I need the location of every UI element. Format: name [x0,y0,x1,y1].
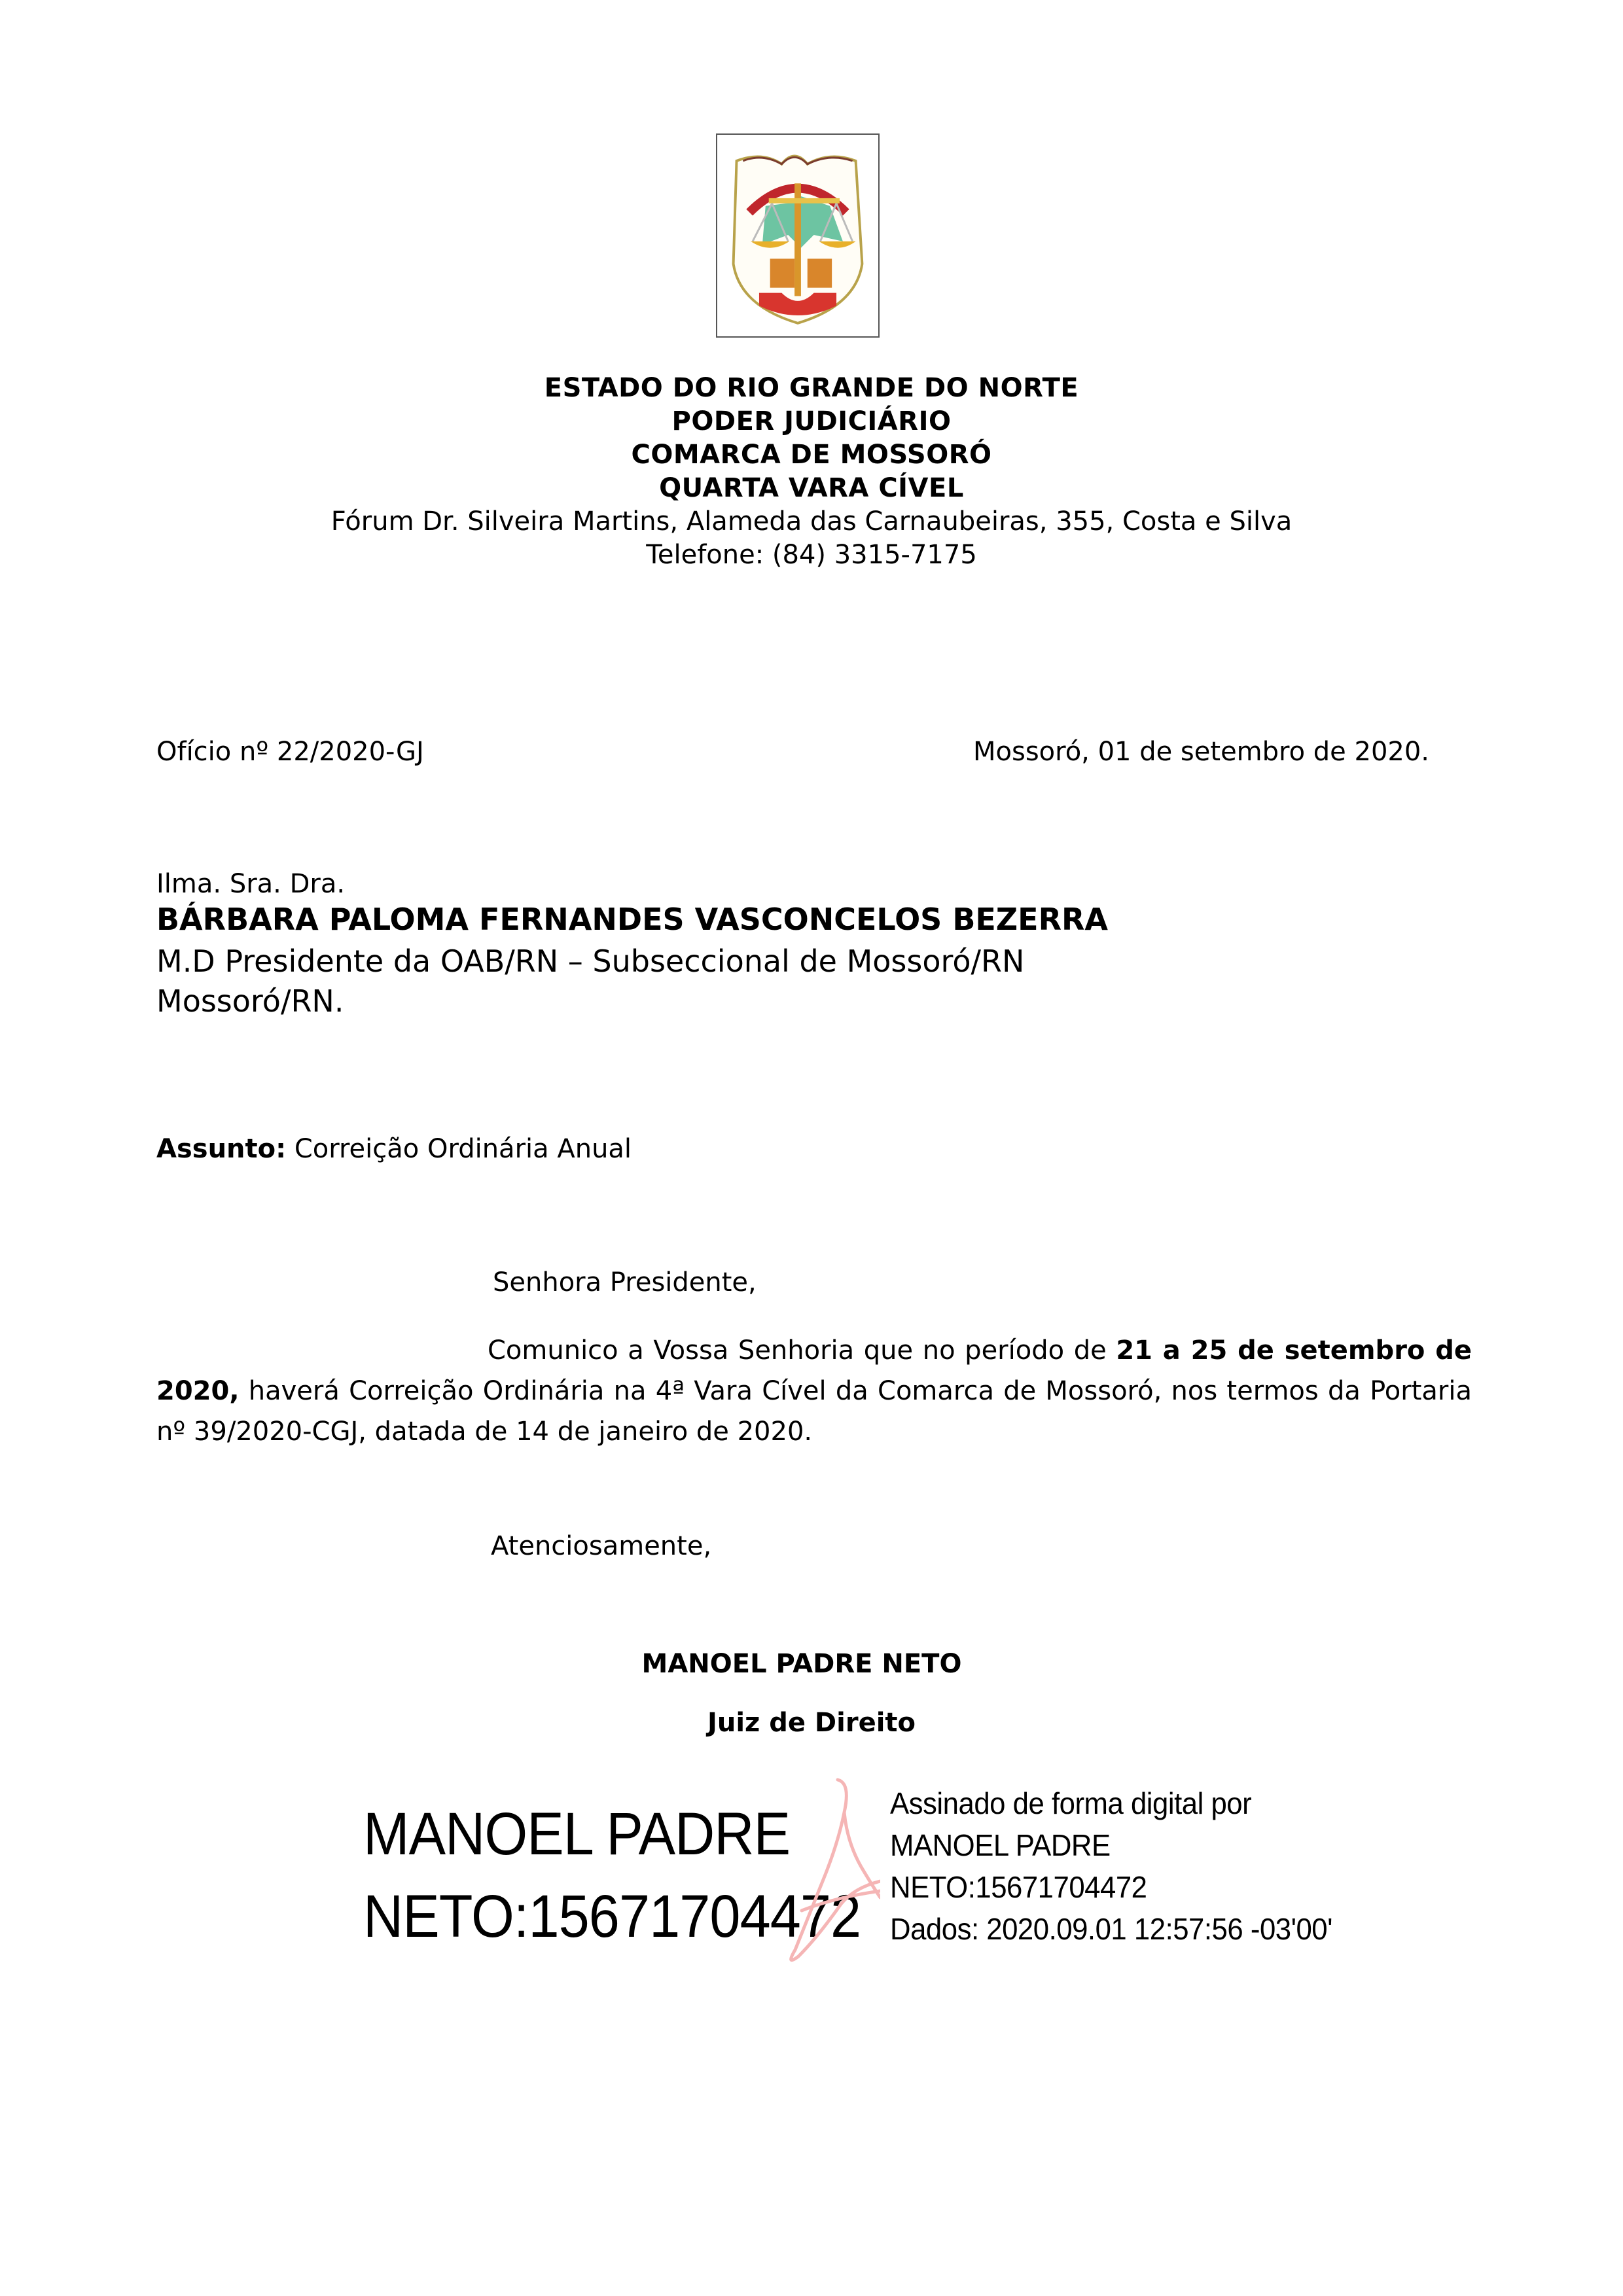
header-phone: Telefone: (84) 3315-7175 [0,539,1623,572]
header-line-judiciary: PODER JUDICIÁRIO [0,405,1623,438]
letter-closing: Atenciosamente, [491,1531,711,1561]
header-address: Fórum Dr. Silveira Martins, Alameda das … [0,505,1623,539]
recipient-name: BÁRBARA PALOMA FERNANDES VASCONCELOS BEZ… [156,902,1108,937]
subject-line: Assunto: Correição Ordinária Anual [156,1134,632,1164]
recipient-role: M.D Presidente da OAB/RN – Subseccional … [156,944,1024,979]
signature-info-line1: Assinado de forma digital por [890,1782,1332,1824]
subject-label: Assunto: [156,1134,286,1164]
digital-signature-info: Assinado de forma digital por MANOEL PAD… [890,1782,1332,1950]
oficio-number: Ofício nº 22/2020-GJ [156,737,424,767]
document-header: ESTADO DO RIO GRANDE DO NORTE PODER JUDI… [0,372,1623,572]
letter-greeting: Senhora Presidente, [493,1267,757,1298]
header-line-state: ESTADO DO RIO GRANDE DO NORTE [0,372,1623,405]
place-date: Mossoró, 01 de setembro de 2020. [973,737,1429,767]
court-coat-of-arms-icon [717,135,878,336]
signature-info-line2: MANOEL PADRE [890,1824,1332,1866]
header-line-vara: QUARTA VARA CÍVEL [0,472,1623,505]
signature-info-line3: NETO:15671704472 [890,1866,1332,1908]
adobe-signature-mark-icon [782,1773,880,1969]
signer-title: Juiz de Direito [0,1708,1623,1738]
paragraph-part1: Comunico a Vossa Senhoria que no período… [488,1335,1116,1366]
paragraph-part2: haverá Correição Ordinária na 4ª Vara Cí… [156,1376,1472,1447]
subject-value: Correição Ordinária Anual [294,1134,632,1164]
header-line-comarca: COMARCA DE MOSSORÓ [0,438,1623,472]
signer-name: MANOEL PADRE NETO [0,1649,1603,1679]
signature-info-line4: Dados: 2020.09.01 12:57:56 -03'00' [890,1908,1332,1950]
recipient-city: Mossoró/RN. [156,983,344,1019]
letter-paragraph: Comunico a Vossa Senhoria que no período… [156,1330,1472,1452]
court-emblem [716,133,880,338]
recipient-salutation: Ilma. Sra. Dra. [156,869,345,899]
